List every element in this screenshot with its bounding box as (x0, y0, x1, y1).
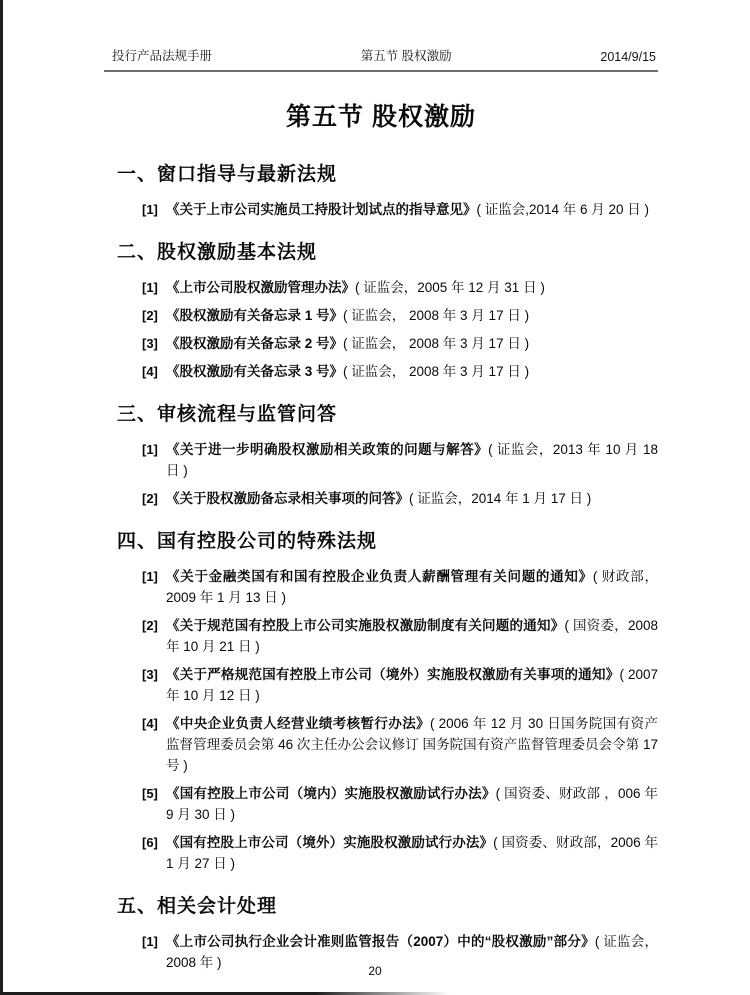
list-item-number: [2] (142, 305, 166, 326)
regulation-title: 《关于规范国有控股上市公司实施股权激励制度有关问题的通知》 (166, 618, 565, 633)
regulation-title: 《关于上市公司实施员工持股计划试点的指导意见》 (166, 202, 477, 217)
list-item: [4]《股权激励有关备忘录 3 号》( 证监会， 2008 年 3 月 17 日… (142, 361, 658, 382)
list-item-text: 《关于股权激励备忘录相关事项的问答》( 证监会，2014 年 1 月 17 日 … (166, 488, 658, 509)
list-item-text: 《关于上市公司实施员工持股计划试点的指导意见》( 证监会,2014 年 6 月 … (166, 199, 658, 220)
list-item: [4]《中央企业负责人经营业绩考核暂行办法》( 2006 年 12 月 30 日… (142, 713, 658, 776)
section-heading: 三、审核流程与监管问答 (117, 402, 658, 427)
list-item-number: [3] (142, 664, 166, 706)
list-item-number: [6] (142, 832, 166, 874)
list-item: [5]《国有控股上市公司（境内）实施股权激励试行办法》( 国资委、财政部 ，00… (142, 783, 658, 825)
list-item-number: [2] (142, 488, 166, 509)
header-left-title: 投行产品法规手册 (112, 46, 212, 64)
document-page: 投行产品法规手册 第五节 股权激励 2014/9/15 第五节 股权激励 一、窗… (0, 0, 750, 995)
list-item: [1]《关于进一步明确股权激励相关政策的问题与解答》( 证监会，2013 年 1… (142, 439, 658, 481)
regulation-title: 《国有控股上市公司（境外）实施股权激励试行办法》 (166, 835, 493, 850)
regulation-title: 《关于股权激励备忘录相关事项的问答》 (166, 491, 409, 506)
list-item-text: 《国有控股上市公司（境内）实施股权激励试行办法》( 国资委、财政部 ，006 年… (166, 783, 658, 825)
regulation-title: 《上市公司执行企业会计准则监管报告（2007）中的“股权激励”部分》 (166, 934, 595, 949)
list-item: [3]《股权激励有关备忘录 2 号》( 证监会， 2008 年 3 月 17 日… (142, 333, 658, 354)
list-item: [3]《关于严格规范国有控股上市公司（境外）实施股权激励有关事项的通知》( 20… (142, 664, 658, 706)
list-item: [2]《关于规范国有控股上市公司实施股权激励制度有关问题的通知》( 国资委，20… (142, 615, 658, 657)
list-item: [1]《关于金融类国有和国有控股企业负责人薪酬管理有关问题的通知》( 财政部，2… (142, 566, 658, 608)
regulation-title: 《关于进一步明确股权激励相关政策的问题与解答》 (166, 442, 488, 457)
list-item: [2]《股权激励有关备忘录 1 号》( 证监会， 2008 年 3 月 17 日… (142, 305, 658, 326)
regulation-title: 《股权激励有关备忘录 1 号》 (166, 308, 343, 323)
section-heading: 一、窗口指导与最新法规 (117, 162, 658, 187)
list-item-number: [4] (142, 713, 166, 776)
page-number: 20 (0, 964, 750, 978)
regulation-title: 《关于严格规范国有控股上市公司（境外）实施股权激励有关事项的通知》 (166, 667, 619, 682)
regulation-title: 《股权激励有关备忘录 2 号》 (166, 336, 343, 351)
section-heading: 二、股权激励基本法规 (117, 240, 658, 265)
list-item-text: 《国有控股上市公司（境外）实施股权激励试行办法》( 国资委、财政部，2006 年… (166, 832, 658, 874)
list-item: [2]《关于股权激励备忘录相关事项的问答》( 证监会，2014 年 1 月 17… (142, 488, 658, 509)
list-item-number: [4] (142, 361, 166, 382)
page-left-edge (0, 0, 3, 995)
list-item-text: 《股权激励有关备忘录 2 号》( 证监会， 2008 年 3 月 17 日 ) (166, 333, 658, 354)
regulation-title: 《股权激励有关备忘录 3 号》 (166, 364, 343, 379)
regulation-source: ( 证监会， 2008 年 3 月 17 日 ) (343, 336, 529, 351)
list-item-text: 《关于严格规范国有控股上市公司（境外）实施股权激励有关事项的通知》( 2007 … (166, 664, 658, 706)
list-item-number: [3] (142, 333, 166, 354)
regulation-source: ( 证监会，2005 年 12 月 31 日 ) (355, 280, 545, 295)
list-item-text: 《上市公司股权激励管理办法》( 证监会，2005 年 12 月 31 日 ) (166, 277, 658, 298)
list-item-number: [5] (142, 783, 166, 825)
list-item-text: 《关于进一步明确股权激励相关政策的问题与解答》( 证监会，2013 年 10 月… (166, 439, 658, 481)
regulation-source: ( 证监会,2014 年 6 月 20 日 ) (477, 202, 650, 217)
section-heading: 五、相关会计处理 (117, 894, 658, 919)
page-content: 投行产品法规手册 第五节 股权激励 2014/9/15 第五节 股权激励 一、窗… (104, 0, 658, 980)
regulation-source: ( 证监会，2014 年 1 月 17 日 ) (409, 491, 591, 506)
regulation-title: 《国有控股上市公司（境内）实施股权激励试行办法》 (166, 786, 496, 801)
regulation-title: 《上市公司股权激励管理办法》 (166, 280, 355, 295)
regulation-title: 《中央企业负责人经营业绩考核暂行办法》 (166, 716, 430, 731)
list-item: [1]《上市公司股权激励管理办法》( 证监会，2005 年 12 月 31 日 … (142, 277, 658, 298)
list-item-number: [2] (142, 615, 166, 657)
list-item-text: 《关于金融类国有和国有控股企业负责人薪酬管理有关问题的通知》( 财政部，2009… (166, 566, 658, 608)
document-title: 第五节 股权激励 (104, 102, 658, 132)
section-heading: 四、国有控股公司的特殊法规 (117, 529, 658, 554)
list-item: [6]《国有控股上市公司（境外）实施股权激励试行办法》( 国资委、财政部，200… (142, 832, 658, 874)
regulation-source: ( 证监会， 2008 年 3 月 17 日 ) (343, 364, 529, 379)
sections-container: 一、窗口指导与最新法规[1]《关于上市公司实施员工持股计划试点的指导意见》( 证… (104, 162, 658, 973)
list-item-number: [1] (142, 566, 166, 608)
header-center-title: 第五节 股权激励 (361, 46, 452, 64)
list-item-number: [1] (142, 277, 166, 298)
list-item-number: [1] (142, 199, 166, 220)
list-item-text: 《中央企业负责人经营业绩考核暂行办法》( 2006 年 12 月 30 日国务院… (166, 713, 658, 776)
regulation-title: 《关于金融类国有和国有控股企业负责人薪酬管理有关问题的通知》 (166, 569, 593, 584)
list-item: [1]《关于上市公司实施员工持股计划试点的指导意见》( 证监会,2014 年 6… (142, 199, 658, 220)
regulation-source: ( 证监会， 2008 年 3 月 17 日 ) (343, 308, 529, 323)
header-date: 2014/9/15 (600, 50, 656, 64)
list-item-text: 《股权激励有关备忘录 1 号》( 证监会， 2008 年 3 月 17 日 ) (166, 305, 658, 326)
list-item-text: 《关于规范国有控股上市公司实施股权激励制度有关问题的通知》( 国资委，2008 … (166, 615, 658, 657)
list-item-number: [1] (142, 439, 166, 481)
page-header: 投行产品法规手册 第五节 股权激励 2014/9/15 (104, 46, 658, 72)
list-item-text: 《股权激励有关备忘录 3 号》( 证监会， 2008 年 3 月 17 日 ) (166, 361, 658, 382)
